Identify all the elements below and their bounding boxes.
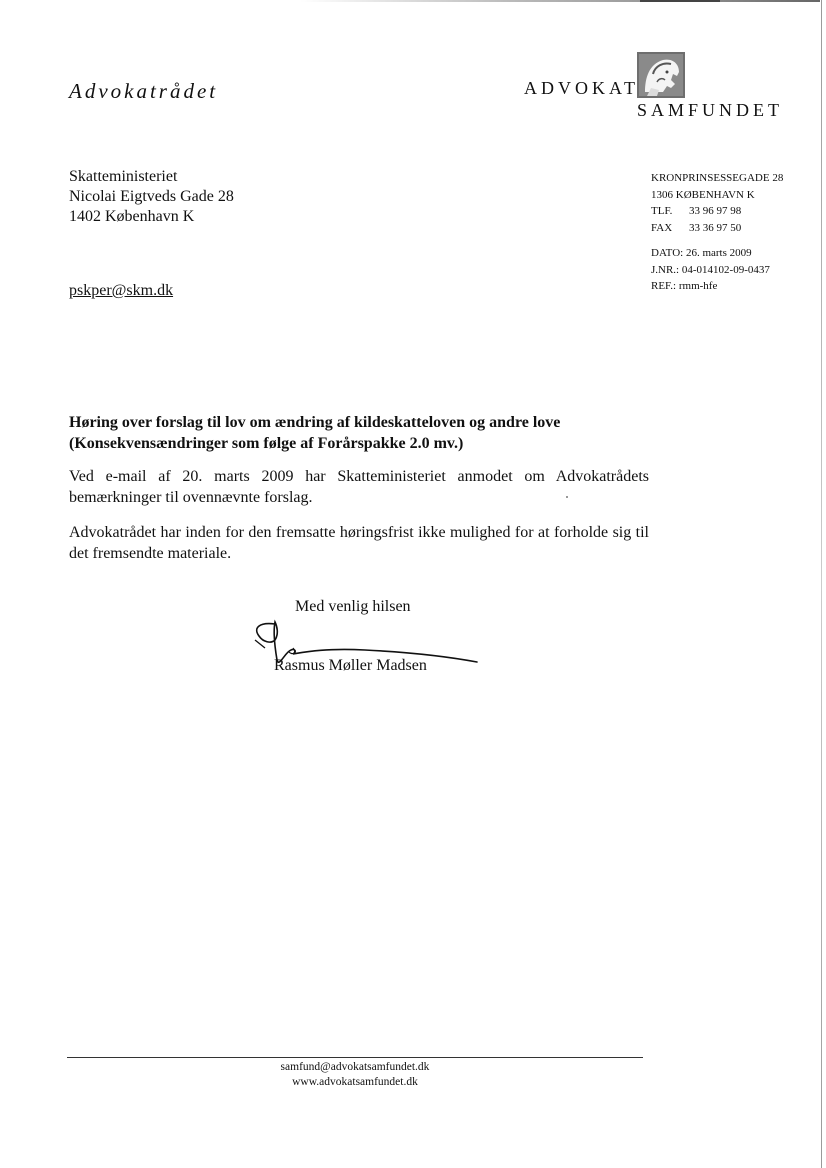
phone-value: 33 96 97 98: [689, 203, 741, 220]
footer-website[interactable]: www.advokatsamfundet.dk: [67, 1075, 643, 1090]
spacer: [651, 236, 783, 245]
advokatsamfundet-brand: ADVOKAT SAMFUNDET: [520, 44, 790, 124]
fax-value: 33 36 97 50: [689, 220, 741, 237]
scan-artifact: [566, 496, 568, 498]
fax-label: FAX: [651, 220, 689, 237]
scan-edge-top: [300, 0, 820, 2]
recipient-email-link[interactable]: pskper@skm.dk: [69, 282, 173, 300]
signer-name: Rasmus Møller Madsen: [274, 657, 427, 675]
footer-email[interactable]: samfund@advokatsamfundet.dk: [67, 1060, 643, 1075]
jnr-label: J.NR.:: [651, 262, 679, 279]
sender-street: KRONPRINSESSEGADE 28: [651, 170, 783, 187]
advokatraadet-brand: Advokatrådet: [69, 79, 218, 104]
sender-city: 1306 KØBENHAVN K: [651, 187, 783, 204]
footer: samfund@advokatsamfundet.dk www.advokats…: [67, 1060, 643, 1090]
sender-info-block: KRONPRINSESSEGADE 28 1306 KØBENHAVN K TL…: [651, 170, 783, 295]
date-value: 26. marts 2009: [686, 245, 752, 262]
date-label: DATO:: [651, 245, 683, 262]
ref-value: rmm-hfe: [679, 278, 717, 295]
ref-row: REF.: rmm-hfe: [651, 278, 783, 295]
scan-edge-top-dark: [640, 0, 720, 2]
footer-divider: [67, 1057, 643, 1058]
brand-word-advokat: ADVOKAT: [524, 78, 639, 99]
sender-fax-row: FAX 33 36 97 50: [651, 220, 783, 237]
recipient-city: 1402 København K: [69, 207, 234, 227]
letter-subject: Høring over forslag til lov om ændring a…: [69, 412, 649, 454]
ref-label: REF.:: [651, 278, 676, 295]
recipient-address: Skatteministeriet Nicolai Eigtveds Gade …: [69, 167, 234, 227]
recipient-street: Nicolai Eigtveds Gade 28: [69, 187, 234, 207]
date-row: DATO: 26. marts 2009: [651, 245, 783, 262]
brand-word-samfundet: SAMFUNDET: [637, 100, 783, 121]
helmeted-head-logo-icon: [637, 52, 685, 98]
sender-phone-row: TLF. 33 96 97 98: [651, 203, 783, 220]
jnr-row: J.NR.: 04-014102-09-0437: [651, 262, 783, 279]
body-paragraph-1: Ved e-mail af 20. marts 2009 har Skattem…: [69, 466, 649, 508]
body-paragraph-2: Advokatrådet har inden for den fremsatte…: [69, 522, 649, 564]
phone-label: TLF.: [651, 203, 689, 220]
scan-edge-right: [821, 0, 822, 1168]
jnr-value: 04-014102-09-0437: [682, 262, 770, 279]
recipient-name: Skatteministeriet: [69, 167, 234, 187]
